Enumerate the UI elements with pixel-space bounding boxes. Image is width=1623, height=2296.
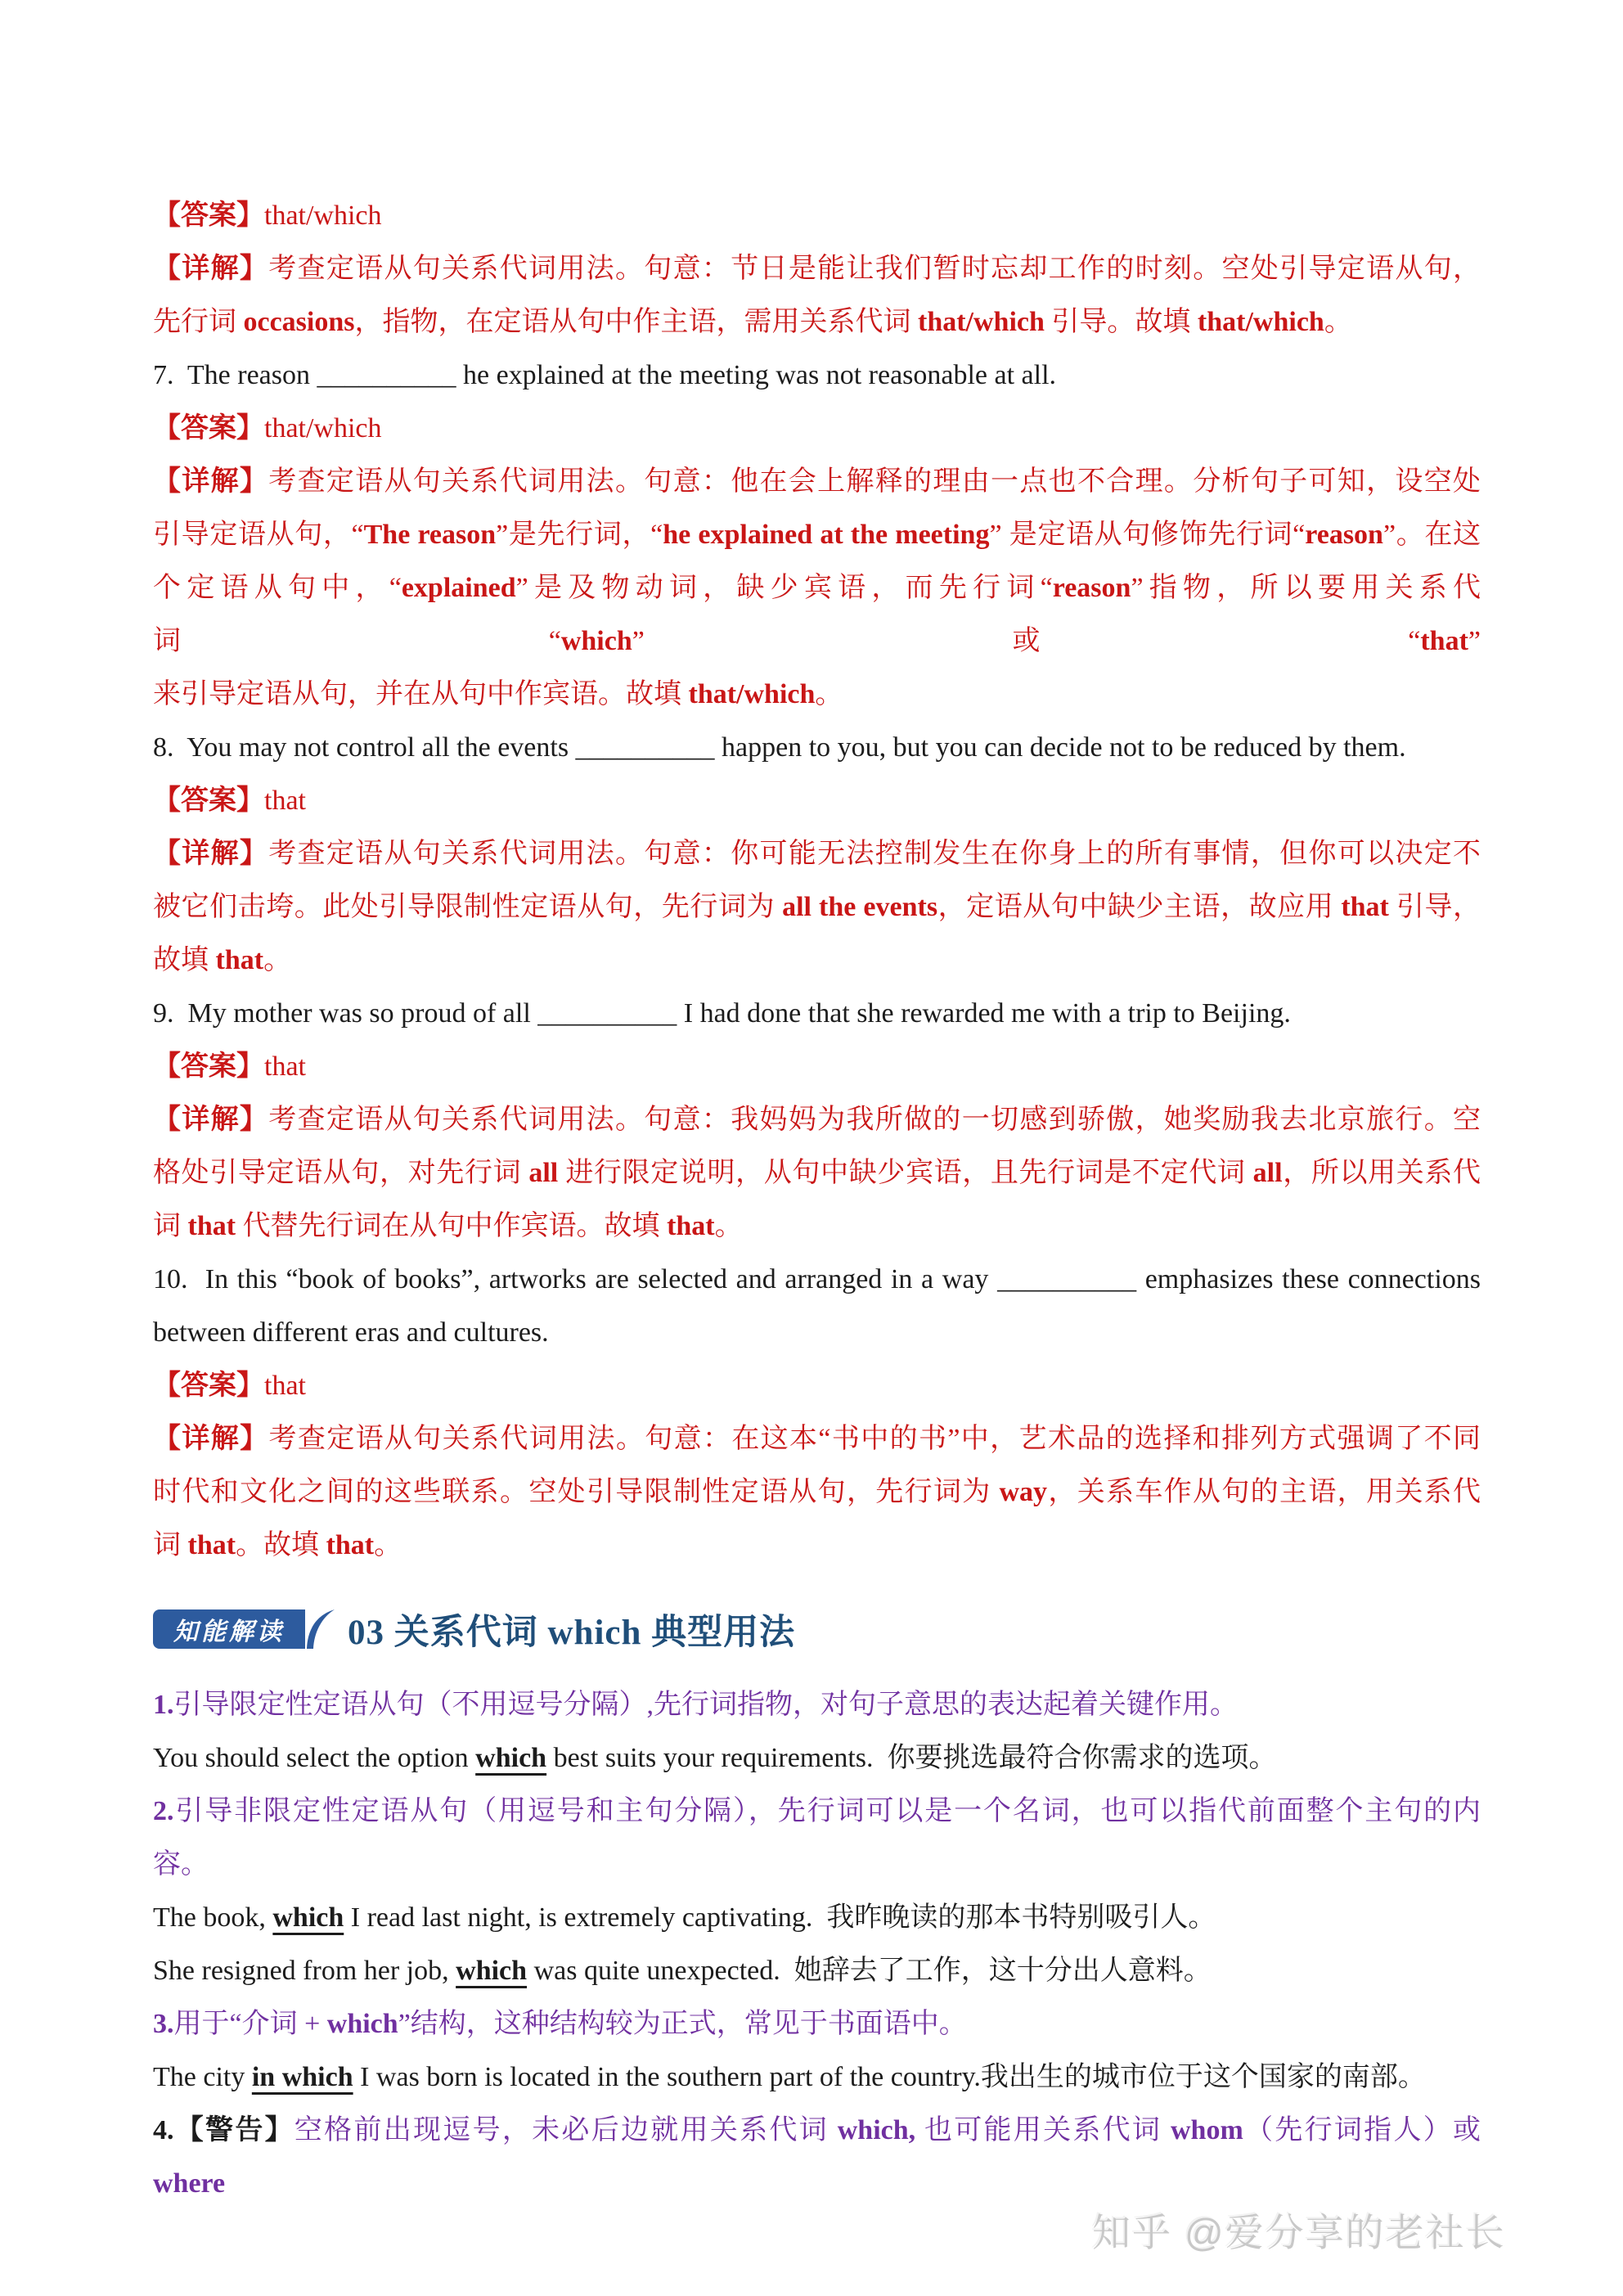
text-segment: 。 [815, 679, 843, 709]
explanation-line: 个定语从句中，“explained”是及物动词，缺少宾语，而先行词“reason… [153, 561, 1481, 668]
text-segment: that [326, 1530, 375, 1560]
answer-line-q10: 【答案】that [153, 1359, 1481, 1412]
text-segment: reason [1053, 573, 1131, 603]
document-page: 【答案】that/which【详解】考查定语从句关系代词用法。句意：节日是能让我… [0, 0, 1623, 2296]
text-segment: explained [402, 573, 516, 603]
text-segment: 【答案】 [153, 786, 264, 816]
explanation-line: 被它们击垮。此处引导限制性定语从句，先行词为 all the events，定语… [153, 880, 1481, 934]
text-segment: 【详解】 [153, 254, 268, 284]
text-segment: 考查定语从句关系代词用法。句意：他在会上解释的理由一点也不合理。分析句子可知，设… [268, 466, 1481, 497]
text-segment: 来引导定语从句，并在从句中作宾语。故填 [153, 679, 689, 709]
text-segment: occasions [244, 307, 355, 337]
text-segment: 考查定语从句关系代词用法。句意：在这本“书中的书”中，艺术品的选择和排列方式强调… [268, 1424, 1481, 1454]
text-segment: 【答案】 [153, 413, 264, 443]
text-segment: which [327, 2009, 398, 2039]
text-segment: 引导， [1389, 892, 1481, 922]
text-segment: 引导。故填 [1045, 307, 1198, 337]
explanation-line: 【详解】考查定语从句关系代词用法。句意：我妈妈为我所做的一切感到骄傲，她奖励我去… [153, 1093, 1481, 1146]
text-segment: I read last night, is extremely captivat… [344, 1902, 1216, 1933]
text-segment: 2. [153, 1796, 174, 1826]
explanation-line: 来引导定语从句，并在从句中作宾语。故填 that/which。 [153, 668, 1481, 721]
text-segment: 8. You may not control all the events __… [153, 732, 1406, 763]
text-segment: 【答案】 [153, 1371, 264, 1401]
text-segment: She resigned from her job, [153, 1956, 456, 1986]
text-segment: that/which [1198, 307, 1324, 337]
text-segment: that/which [264, 413, 382, 443]
grammar-notes-section: 1.引导限定性定语从句（不用逗号分隔）,先行词指物，对句子意思的表达起着关键作用… [153, 1678, 1481, 2210]
text-segment: whom [1171, 2115, 1243, 2145]
text-segment: 。 [263, 945, 291, 975]
explanation-line: 【详解】考查定语从句关系代词用法。句意：你可能无法控制发生在你身上的所有事情，但… [153, 827, 1481, 880]
text-segment: between different eras and cultures. [153, 1317, 549, 1348]
text-segment: 空格前出现逗号，未必后边就用关系代词 [294, 2115, 838, 2145]
text-segment: that/which [689, 679, 816, 709]
example-sentence: She resigned from her job, which was qui… [153, 1944, 1481, 1997]
text-segment: 被它们击垮。此处引导限制性定语从句，先行词为 [153, 892, 782, 922]
question-10: 10. In this “book of books”, artworks ar… [153, 1253, 1481, 1306]
text-segment: he explained at the meeting [663, 520, 989, 550]
explanation-line: 格处引导定语从句，对先行词 all 进行限定说明，从句中缺少宾语，且先行词是不定… [153, 1146, 1481, 1200]
explanation-line: 词 that。故填 that。 [153, 1519, 1481, 1572]
text-segment: 故填 [153, 945, 216, 975]
text-segment: I was born is located in the southern pa… [353, 2062, 1426, 2092]
text-segment: which [456, 1956, 527, 1986]
text-segment: 时代和文化之间的这些联系。空处引导限制性定语从句，先行词为 [153, 1477, 999, 1507]
text-segment: 也可能用关系代词 [915, 2115, 1171, 2145]
text-segment: 词 [153, 1530, 188, 1560]
text-segment: where [153, 2168, 225, 2199]
note-1: 1.引导限定性定语从句（不用逗号分隔）,先行词指物，对句子意思的表达起着关键作用… [153, 1678, 1481, 1731]
answer-line-q6: 【答案】that/which [153, 189, 1481, 242]
badge-background: 知能解读 [153, 1609, 305, 1649]
text-segment: reason [1305, 520, 1383, 550]
text-segment: was quite unexpected. 她辞去了工作，这十分出人意料。 [527, 1956, 1212, 1986]
text-segment: 先行词 [153, 307, 244, 337]
question-8: 8. You may not control all the events __… [153, 721, 1481, 774]
example-sentence: The book, which I read last night, is ex… [153, 1891, 1481, 1944]
question-9: 9. My mother was so proud of all _______… [153, 987, 1481, 1040]
text-segment: all [1253, 1158, 1283, 1188]
text-segment: 9. My mother was so proud of all _______… [153, 998, 1291, 1029]
text-segment: which, [838, 2115, 915, 2145]
text-segment: You should select the option [153, 1743, 475, 1773]
text-segment: that [667, 1211, 715, 1241]
answer-line-q7: 【答案】that/which [153, 402, 1481, 455]
text-segment: best suits your requirements. 你要挑选最符合你需求… [546, 1743, 1276, 1773]
badge-tail-icon [305, 1609, 338, 1649]
text-segment: 7. The reason __________ he explained at… [153, 360, 1056, 390]
explanation-line: 【详解】考查定语从句关系代词用法。句意：在这本“书中的书”中，艺术品的选择和排列… [153, 1412, 1481, 1465]
explanation-line: 词 that 代替先行词在从句中作宾语。故填 that。 [153, 1200, 1481, 1253]
note-3: 3.用于“介词 + which”结构，这种结构较为正式，常见于书面语中。 [153, 1997, 1481, 2051]
text-segment: 1. [153, 1690, 174, 1720]
text-segment: 代替先行词在从句中作宾语。故填 [236, 1211, 667, 1241]
text-segment: 【答案】 [153, 1051, 264, 1082]
text-segment: The city [153, 2062, 252, 2092]
text-segment: that [264, 1371, 306, 1401]
section-badge: 知能解读 [153, 1609, 338, 1649]
text-segment: all the events [782, 892, 937, 922]
text-segment: 考查定语从句关系代词用法。句意：节日是能让我们暂时忘却工作的时刻。空处引导定语从… [268, 254, 1481, 284]
answers-and-questions-section: 【答案】that/which【详解】考查定语从句关系代词用法。句意：节日是能让我… [153, 189, 1481, 1572]
explanation-line: 引导定语从句，“The reason”是先行词，“he explained at… [153, 508, 1481, 561]
text-segment: ”或“ [632, 626, 1421, 656]
text-segment: 。 [715, 1211, 743, 1241]
section-heading: 知能解读 03 关系代词 which 典型用法 [153, 1609, 1481, 1649]
text-segment: 【详解】 [153, 1424, 268, 1454]
text-segment: 引导限定性定语从句（不用逗号分隔）,先行词指物，对句子意思的表达起着关键作用。 [174, 1690, 1239, 1720]
text-segment: 【详解】 [153, 1105, 268, 1135]
text-segment: 【答案】 [153, 200, 264, 231]
text-segment: 【警告】 [174, 2115, 294, 2145]
explanation-line: 先行词 occasions，指物，在定语从句中作主语，需用关系代词 that/w… [153, 295, 1481, 349]
text-segment: that [188, 1211, 236, 1241]
text-segment: 3. [153, 2009, 174, 2039]
text-segment: 【详解】 [153, 466, 268, 497]
text-segment: The reason [364, 520, 497, 550]
answer-line-q9: 【答案】that [153, 1040, 1481, 1093]
explanation-line: 【详解】考查定语从句关系代词用法。句意：他在会上解释的理由一点也不合理。分析句子… [153, 455, 1481, 508]
text-segment: which [475, 1743, 546, 1773]
text-segment: that/which [918, 307, 1045, 337]
watermark: 知乎 @爱分享的老社长 [1092, 2203, 1506, 2258]
example-sentence: The city in which I was born is located … [153, 2051, 1481, 2104]
text-segment: 。故填 [236, 1530, 326, 1560]
text-segment: ，定语从句中缺少主语，故应用 [937, 892, 1341, 922]
example-sentence: You should select the option which best … [153, 1731, 1481, 1785]
text-segment: 4. [153, 2115, 174, 2145]
note-2: 2.引导非限定性定语从句（用逗号和主句分隔），先行词可以是一个名词，也可以指代前… [153, 1785, 1481, 1838]
text-segment: ”。在这 [1383, 520, 1481, 550]
explanation-line: 故填 that。 [153, 934, 1481, 987]
answer-line-q8: 【答案】that [153, 774, 1481, 827]
text-segment: 引导定语从句，“ [153, 520, 364, 550]
text-segment: ，指物，在定语从句中作主语，需用关系代词 [355, 307, 919, 337]
text-segment: 。 [1324, 307, 1352, 337]
text-segment: which [561, 626, 632, 656]
text-segment: in which [252, 2062, 353, 2092]
text-segment: 。 [374, 1530, 402, 1560]
text-segment: all [528, 1158, 558, 1188]
text-segment: ，所以用关系代 [1283, 1158, 1481, 1188]
text-segment: 个定语从句中，“ [153, 573, 402, 603]
question-7: 7. The reason __________ he explained at… [153, 349, 1481, 402]
text-segment: 进行限定说明，从句中缺少宾语，且先行词是不定代词 [558, 1158, 1252, 1188]
badge-label: 知能解读 [173, 1611, 285, 1647]
text-segment: that [188, 1530, 236, 1560]
text-segment: 词 [153, 1211, 188, 1241]
text-segment: way [999, 1477, 1047, 1507]
text-segment: that [264, 786, 306, 816]
text-segment: that [1341, 892, 1389, 922]
text-segment: 考查定语从句关系代词用法。句意：我妈妈为我所做的一切感到骄傲，她奖励我去北京旅行… [268, 1105, 1481, 1135]
note-2-continued: 容。 [153, 1838, 1481, 1891]
explanation-line: 【详解】考查定语从句关系代词用法。句意：节日是能让我们暂时忘却工作的时刻。空处引… [153, 242, 1481, 295]
text-segment: ，关系车作从句的主语，用关系代 [1047, 1477, 1481, 1507]
text-segment: The book, [153, 1902, 272, 1933]
text-segment: that/which [264, 200, 382, 231]
text-segment: 【详解】 [153, 839, 268, 869]
text-segment: 引导非限定性定语从句（用逗号和主句分隔），先行词可以是一个名词，也可以指代前面整… [174, 1796, 1481, 1826]
text-segment: 用于“介词 + [174, 2009, 327, 2039]
text-segment: （先行词指人）或 [1243, 2115, 1488, 2145]
text-segment: ”是及物动词，缺少宾语，而先行词“ [516, 573, 1053, 603]
section-title: 03 关系代词 which 典型用法 [348, 1605, 795, 1654]
text-segment: 容。 [153, 1849, 209, 1880]
text-segment: ” [1468, 626, 1481, 656]
text-segment: ”结构，这种结构较为正式，常见于书面语中。 [398, 2009, 967, 2039]
text-segment: ” 是定语从句修饰先行词“ [989, 520, 1305, 550]
explanation-line: 时代和文化之间的这些联系。空处引导限制性定语从句，先行词为 way，关系车作从句… [153, 1465, 1481, 1519]
text-segment: which [272, 1902, 344, 1933]
text-segment: that [216, 945, 264, 975]
text-segment: 10. In this “book of books”, artworks ar… [153, 1264, 1481, 1294]
note-4-warning: 4.【警告】空格前出现逗号，未必后边就用关系代词 which, 也可能用关系代词… [153, 2104, 1481, 2210]
text-segment: that [264, 1051, 306, 1082]
text-segment: that [1420, 626, 1468, 656]
text-segment: ”是先行词，“ [496, 520, 663, 550]
text-segment: 考查定语从句关系代词用法。句意：你可能无法控制发生在你身上的所有事情，但你可以决… [268, 839, 1481, 869]
worksheet-content: 【答案】that/which【详解】考查定语从句关系代词用法。句意：节日是能让我… [153, 189, 1481, 2210]
text-segment: 格处引导定语从句，对先行词 [153, 1158, 528, 1188]
question-10-continued: between different eras and cultures. [153, 1306, 1481, 1359]
